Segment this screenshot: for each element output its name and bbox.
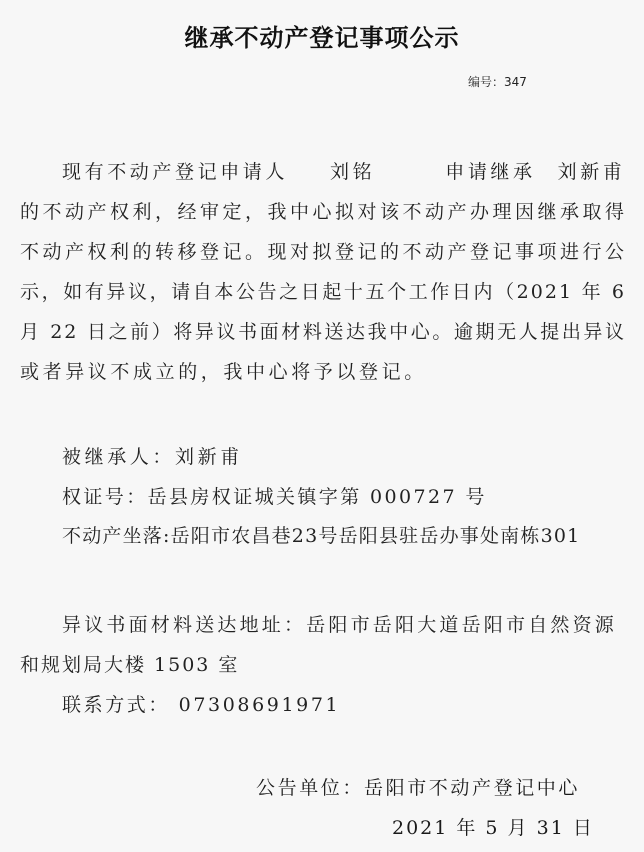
applicant-name: 刘铭 xyxy=(330,161,375,183)
body-line: 示，如有异议，请自本公告之日起十五个工作日内（2021 年 6 xyxy=(20,277,626,304)
body-line: 月 22 日之前）将异议书面材料送达我中心。逾期无人提出异议 xyxy=(20,317,626,344)
intro-prefix: 现有不动产登记申请人 xyxy=(62,161,288,183)
objection-address-line-2: 和规划局大楼 1503 室 xyxy=(20,650,239,677)
decedent-name: 刘新甫 xyxy=(558,161,626,183)
serial-number: 编号：347 xyxy=(468,73,527,90)
body-line: 或者异议不成立的，我中心将予以登记。 xyxy=(20,357,427,384)
certificate-line: 权证号：岳县房权证城关镇字第 000727 号 xyxy=(62,482,487,509)
decedent-line: 被继承人：刘新甫 xyxy=(62,442,243,469)
issuer-signature: 公告单位：岳阳市不动产登记中心 xyxy=(256,773,580,800)
objection-address-line: 异议书面材料送达地址：岳阳市岳阳大道岳阳市自然资源 xyxy=(62,610,617,637)
document-title: 继承不动产登记事项公示 xyxy=(0,18,644,53)
intro-line: 现有不动产登记申请人刘铭申请继承刘新甫 xyxy=(62,157,625,184)
body-line: 不动产权利的转移登记。现对拟登记的不动产登记事项进行公 xyxy=(20,237,626,264)
contact-line: 联系方式： 07308691971 xyxy=(62,690,340,717)
serial-label: 编号： xyxy=(468,75,504,89)
issue-date: 2021 年 5 月 31 日 xyxy=(392,813,594,840)
location-line: 不动产坐落:岳阳市农昌巷23号岳阳县驻岳办事处南栋301 xyxy=(62,521,580,548)
serial-value: 347 xyxy=(504,75,527,89)
body-line: 的不动产权利，经审定，我中心拟对该不动产办理因继承取得 xyxy=(20,197,626,224)
intro-mid: 申请继承 xyxy=(445,161,535,183)
